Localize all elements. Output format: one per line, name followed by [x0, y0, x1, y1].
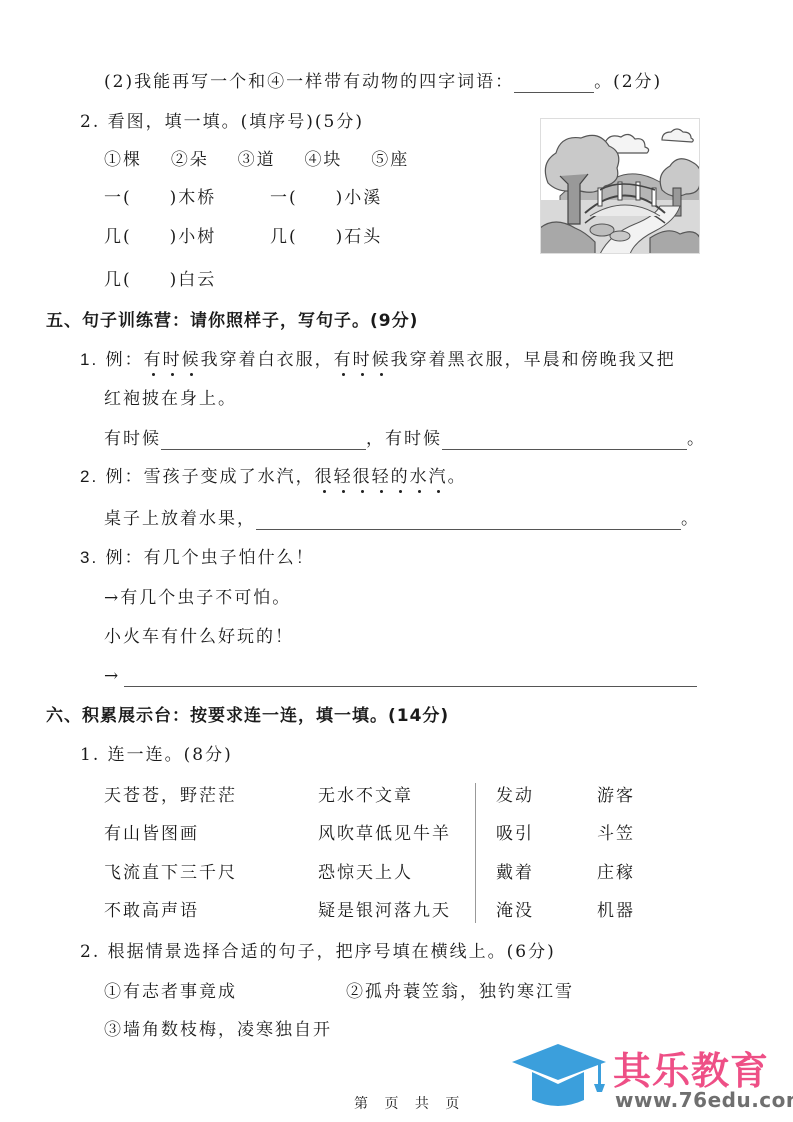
match-col4-item[interactable]: 机器	[597, 900, 635, 922]
graduation-cap-icon	[510, 1040, 610, 1112]
arrow-icon: →	[104, 666, 120, 686]
match-col1-item[interactable]: 不敢高声语	[104, 900, 199, 922]
s5-q3-line1: 3. 例：有几个虫子怕什么！	[80, 547, 315, 569]
emphasized-phrase: 有时候	[334, 350, 391, 370]
question-title: 2. 看图，填一填。(填序号)(5分)	[80, 111, 364, 133]
q4-part2-text: (2)我能再写一个和④一样带有动物的四字词语：	[104, 72, 514, 92]
option: ③道	[238, 150, 276, 170]
match-col3-item[interactable]: 吸引	[496, 823, 534, 845]
emphasized-phrase: 很轻很轻的水汽	[315, 467, 448, 487]
s5-q2-fill: 桌子上放着水果，。	[104, 508, 700, 530]
brand-url: www.76edu.com	[615, 1088, 793, 1112]
fill-end: 。	[681, 509, 700, 529]
question-number: 2.	[80, 467, 98, 486]
page-footer: 第 页 共 页	[354, 1093, 465, 1113]
question-number: 1.	[80, 350, 98, 369]
s6-q2-option: ③墙角数枝梅，凌寒独自开	[104, 1019, 332, 1041]
q4-part2-end: 。(2分)	[594, 72, 662, 92]
q4-part2-line: (2)我能再写一个和④一样带有动物的四字词语：。(2分)	[104, 71, 662, 93]
fill-suffix: )石头	[336, 227, 383, 247]
match-col4-item[interactable]: 游客	[597, 785, 635, 807]
fill-prefix: 桌子上放着水果，	[104, 509, 256, 529]
fill-item: 几()石头	[270, 226, 382, 248]
fill-middle: ，有时候	[366, 429, 442, 449]
fill-suffix: )小溪	[336, 188, 383, 208]
fill-prefix: 一(	[104, 188, 132, 208]
fill-prefix: 几(	[104, 270, 132, 290]
bridge-landscape-illustration	[540, 118, 700, 254]
example-text: 雪孩子变成了水汽，	[144, 467, 315, 487]
emphasized-phrase: 有时候	[144, 350, 201, 370]
fill-end: 。	[687, 429, 706, 449]
s5-q1-fill: 有时候，有时候。	[104, 428, 706, 450]
fill-item: 一()木桥	[104, 187, 216, 209]
section6-title: 六、积累展示台：按要求连一连，填一填。(14分)	[46, 705, 449, 727]
example-end: 。	[448, 467, 467, 487]
s6-q2-title: 2. 根据情景选择合适的句子，把序号填在横线上。(6分)	[80, 941, 556, 963]
fill-prefix: 几(	[270, 227, 298, 247]
fill-prefix: 一(	[270, 188, 298, 208]
example-label: 例：	[106, 467, 144, 487]
answer-blank[interactable]	[256, 511, 681, 530]
option: ②朵	[171, 150, 209, 170]
match-col2-item[interactable]: 恐惊天上人	[318, 862, 413, 884]
fill-item: 几()小树	[104, 226, 216, 248]
match-col3-item[interactable]: 淹没	[496, 900, 534, 922]
question-number: 3.	[80, 548, 98, 567]
option: ①棵	[104, 150, 142, 170]
s5-q3-answer: →	[104, 665, 120, 687]
match-col3-item[interactable]: 戴着	[496, 862, 534, 884]
match-col1-item[interactable]: 天苍苍，野茫茫	[104, 785, 237, 807]
match-col4-item[interactable]: 斗笠	[597, 823, 635, 845]
answer-blank[interactable]	[161, 431, 366, 450]
s5-q1-line1: 1. 例：有时候我穿着白衣服，有时候我穿着黑衣服，早晨和傍晚我又把	[80, 349, 676, 371]
answer-blank[interactable]	[124, 668, 697, 687]
s5-q2-line1: 2. 例：雪孩子变成了水汽，很轻很轻的水汽。	[80, 466, 467, 488]
fill-item: 几()白云	[104, 269, 216, 291]
s6-q1-title: 1. 连一连。(8分)	[80, 744, 233, 766]
fill-prefix: 几(	[104, 227, 132, 247]
answer-blank[interactable]	[514, 74, 594, 93]
fill-suffix: )木桥	[170, 188, 217, 208]
match-col4-item[interactable]: 庄稼	[597, 862, 635, 884]
match-col2-item[interactable]: 疑是银河落九天	[318, 900, 451, 922]
example-text: 我穿着黑衣服，早晨和傍晚我又把	[391, 350, 676, 370]
s6-q2-option: ①有志者事竟成	[104, 981, 237, 1003]
s6-q2-option: ②孤舟蓑笠翁，独钓寒江雪	[346, 981, 574, 1003]
brand-name: 其乐教育	[613, 1040, 769, 1095]
option: ④块	[304, 150, 342, 170]
fill-prefix: 有时候	[104, 429, 161, 449]
s5-q1-line2: 红袍披在身上。	[104, 388, 237, 410]
match-col2-item[interactable]: 无水不文章	[318, 785, 413, 807]
example-text: 例：有几个虫子怕什么！	[106, 548, 315, 568]
example-label: 例：	[106, 350, 144, 370]
fill-suffix: )小树	[170, 227, 217, 247]
column-divider	[475, 783, 476, 923]
example-text: 我穿着白衣服，	[201, 350, 334, 370]
match-col3-item[interactable]: 发动	[496, 785, 534, 807]
match-col1-item[interactable]: 飞流直下三千尺	[104, 862, 237, 884]
s5-q3-example-answer: →有几个虫子不可怕。	[104, 587, 291, 609]
section5-title: 五、句子训练营：请你照样子，写句子。(9分)	[46, 310, 418, 332]
measure-word-options: ①棵 ②朵 ③道 ④块 ⑤座	[104, 149, 409, 171]
match-col2-item[interactable]: 风吹草低见牛羊	[318, 823, 451, 845]
fill-suffix: )白云	[170, 270, 217, 290]
answer-blank[interactable]	[442, 431, 687, 450]
fill-item: 一()小溪	[270, 187, 382, 209]
match-col1-item[interactable]: 有山皆图画	[104, 823, 199, 845]
s5-q3-prompt: 小火车有什么好玩的！	[104, 626, 294, 648]
option: ⑤座	[371, 150, 409, 170]
